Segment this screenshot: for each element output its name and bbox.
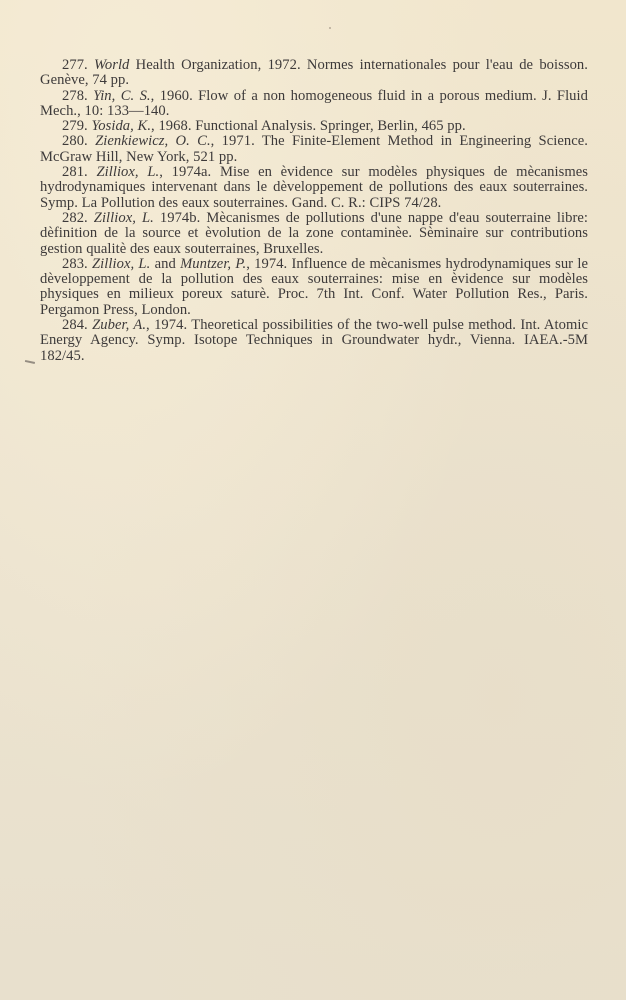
reference-278: 278. Yin, C. S., 1960. Flow of a non hom…	[40, 89, 588, 120]
reference-277: 277. World Health Organization, 1972. No…	[40, 58, 588, 89]
reference-author: Yin, C. S.	[93, 88, 151, 104]
reference-number: 284.	[40, 318, 88, 333]
reference-283: 283. Zilliox, L. and Muntzer, P., 1974. …	[40, 257, 588, 318]
paper-speck	[329, 27, 331, 29]
reference-284: 284. Zuber, A., 1974. Theoretical possib…	[40, 318, 588, 364]
pencil-mark	[25, 360, 35, 364]
reference-279: 279. Yosida, K., 1968. Functional Analys…	[40, 119, 588, 134]
reference-number: 278.	[40, 89, 88, 104]
reference-list: 277. World Health Organization, 1972. No…	[40, 58, 588, 364]
reference-number: 280.	[40, 134, 88, 149]
reference-author: Zuber, A.	[92, 317, 146, 333]
reference-282: 282. Zilliox, L. 1974b. Mècanismes de po…	[40, 211, 588, 257]
reference-connector: and	[150, 256, 180, 272]
reference-280: 280. Zienkiewicz, O. C., 1971. The Finit…	[40, 134, 588, 165]
reference-number: 277.	[40, 58, 88, 73]
reference-author: World	[94, 57, 129, 73]
reference-author: Yosida, K.	[91, 118, 151, 134]
reference-author: Zilliox, L.	[94, 210, 154, 226]
reference-text: , 1968. Functional Analysis. Springer, B…	[151, 118, 466, 134]
reference-coauthor: Muntzer, P.	[180, 256, 246, 272]
reference-281: 281. Zilliox, L., 1974a. Mise en èvidenc…	[40, 165, 588, 211]
reference-author: Zilliox, L.	[92, 256, 150, 272]
reference-author: Zilliox, L.	[96, 164, 159, 180]
reference-number: 279.	[40, 119, 88, 134]
reference-number: 281.	[40, 165, 88, 180]
reference-number: 283.	[40, 257, 88, 272]
reference-number: 282.	[40, 211, 88, 226]
reference-author: Zienkiewicz, O. C.	[95, 133, 211, 149]
